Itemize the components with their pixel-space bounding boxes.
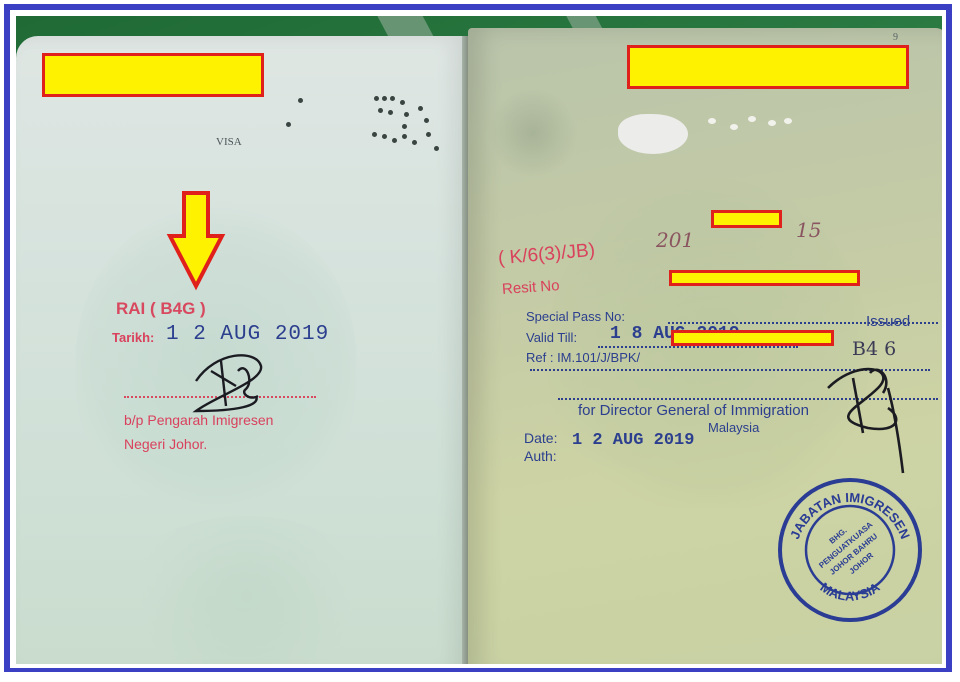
immigration-round-stamp: JABATAN IMIGRESEN MALAYSIA BHG. PENGUATK… <box>776 476 924 624</box>
left-passport-page: 8 VISA RAI ( B4G ) Tarikh: 1 2 AUG 2019 … <box>16 36 466 664</box>
auth-label: Auth: <box>524 448 557 464</box>
redaction-smudge <box>618 114 688 154</box>
signature <box>176 341 286 421</box>
down-arrow-icon <box>166 191 226 291</box>
redaction-box <box>711 210 782 228</box>
ref-label: Ref : IM.101/J/BPK/ <box>526 350 640 365</box>
page-number: 9 <box>893 32 898 43</box>
passport-photo: 8 VISA RAI ( B4G ) Tarikh: 1 2 AUG 2019 … <box>16 16 942 664</box>
auth-date: 1 2 AUG 2019 <box>572 431 694 450</box>
redaction-box <box>627 45 909 89</box>
receipt-label: Resit No <box>501 277 560 298</box>
special-pass-label: Special Pass No: <box>526 309 625 324</box>
issued-label: Issued <box>866 313 910 330</box>
stamp-line-2: Negeri Johor. <box>124 436 207 452</box>
visa-header: VISA <box>216 136 242 148</box>
stamp-code: RAI ( B4G ) <box>116 299 206 319</box>
country-line: Malaysia <box>708 420 759 435</box>
handwritten-ref-tail: 15 <box>796 218 821 242</box>
redaction-box <box>669 270 860 286</box>
handwritten-ref: 201 <box>656 228 694 252</box>
valid-till-label: Valid Till: <box>526 330 577 345</box>
redaction-box <box>671 330 834 346</box>
date-label: Tarikh: <box>112 330 154 345</box>
emblem-watermark <box>488 88 578 178</box>
date-label: Date: <box>524 430 557 446</box>
right-passport-page: 9 VISA 201 15 ( K/6(3)/JB) Resit No Spec… <box>468 28 942 664</box>
svg-text:MALAYSIA: MALAYSIA <box>818 579 883 604</box>
floral-watermark <box>116 516 376 664</box>
director-line: for Director General of Immigration <box>578 402 809 419</box>
stamp-outer-bottom: MALAYSIA <box>818 579 883 604</box>
signature <box>808 348 928 478</box>
redaction-box <box>42 53 264 97</box>
